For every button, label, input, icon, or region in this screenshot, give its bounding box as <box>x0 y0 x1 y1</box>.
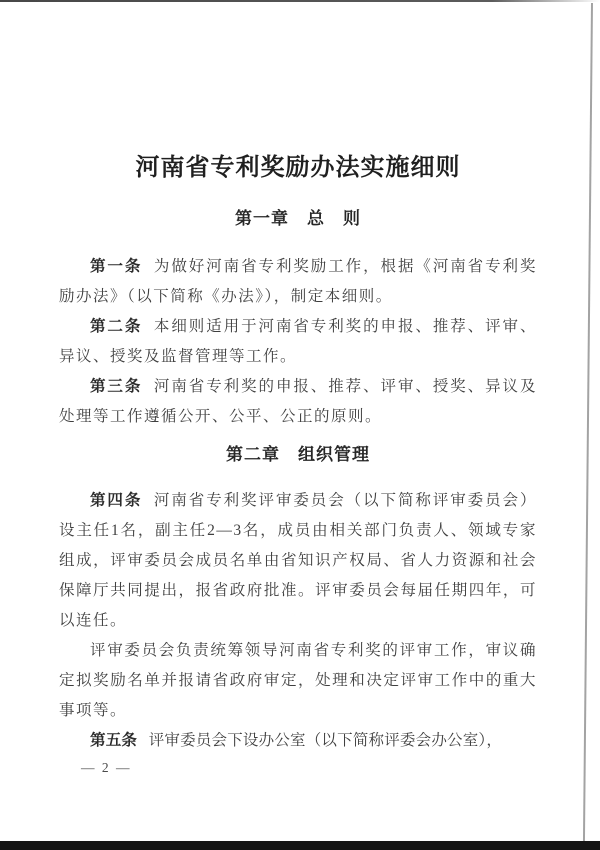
article-1-label: 第一条 <box>90 258 142 275</box>
article-5-text: 评审委员会下设办公室（以下简称评委会办公室）， <box>149 732 502 749</box>
article-1: 第一条为做好河南省专利奖励工作，根据《河南省专利奖励办法》（以下简称《办法》），… <box>59 252 537 312</box>
document-body: 河南省专利奖励办法实施细则 第一章 总 则 第一条为做好河南省专利奖励工作，根据… <box>59 0 537 776</box>
chapter-2-heading: 第二章 组织管理 <box>59 444 537 466</box>
article-3: 第三条河南省专利奖的申报、推荐、评审、授奖、异议及处理等工作遵循公开、公平、公正… <box>59 372 537 432</box>
article-5: 第五条评审委员会下设办公室（以下简称评委会办公室）， <box>59 726 537 756</box>
article-3-label: 第三条 <box>90 378 142 395</box>
page-number: — 2 — <box>81 759 537 776</box>
scanned-page: 河南省专利奖励办法实施细则 第一章 总 则 第一条为做好河南省专利奖励工作，根据… <box>0 0 600 850</box>
article-4: 第四条河南省专利奖评审委员会（以下简称评审委员会）设主任1名，副主任2—3名，成… <box>59 486 537 636</box>
article-2: 第二条本细则适用于河南省专利奖的申报、推荐、评审、异议、授奖及监督管理等工作。 <box>59 312 537 372</box>
article-4-text: 河南省专利奖评审委员会（以下简称评审委员会）设主任1名，副主任2—3名，成员由相… <box>59 492 537 629</box>
chapter-1-heading: 第一章 总 则 <box>59 208 537 230</box>
article-5-label: 第五条 <box>90 732 137 749</box>
body-paragraph: 评审委员会负责统筹领导河南省专利奖的评审工作，审议确定拟奖励名单并报请省政府审定… <box>59 636 537 726</box>
page-right-edge <box>583 3 593 841</box>
article-4-label: 第四条 <box>90 492 142 509</box>
article-2-label: 第二条 <box>90 318 142 335</box>
document-title: 河南省专利奖励办法实施细则 <box>59 151 537 185</box>
scan-bottom-edge <box>0 841 600 850</box>
